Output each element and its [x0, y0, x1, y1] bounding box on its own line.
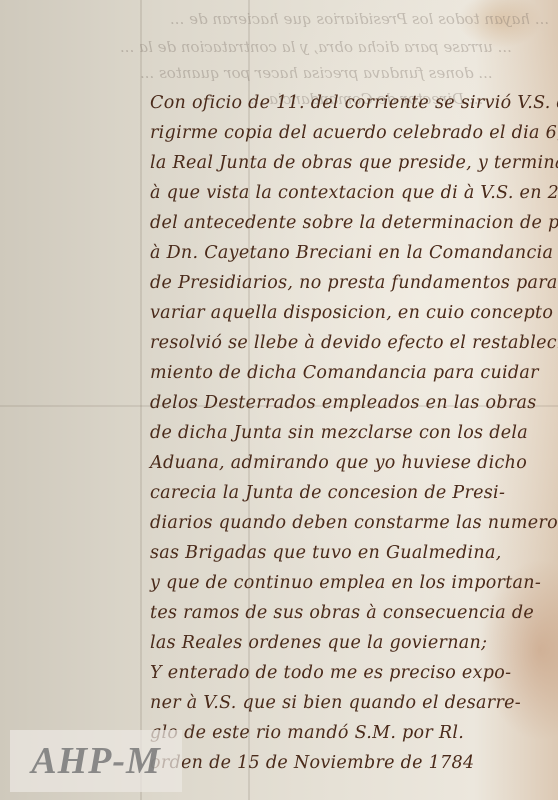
- text-line: miento de dicha Comandancia para cuidar: [150, 358, 558, 388]
- text-line: tes ramos de sus obras à consecuencia de: [150, 598, 558, 628]
- text-line: rigirme copia del acuerdo celebrado el d…: [150, 118, 558, 148]
- watermark-label: AHP-M: [31, 739, 161, 783]
- text-line: la Real Junta de obras que preside, y te…: [150, 148, 558, 178]
- fold-crease: [140, 0, 142, 800]
- archive-watermark: AHP-M: [10, 730, 182, 792]
- bleed-through-text: ... urrase para dicha obra, y la contrat…: [120, 38, 512, 56]
- text-line: las Reales ordenes que la goviernan;: [150, 628, 558, 658]
- manuscript-page: ... hayan todos los Presidiarios que hac…: [0, 0, 558, 800]
- text-line: delos Desterrados empleados en las obras: [150, 388, 558, 418]
- text-line: à que vista la contextacion que di à V.S…: [150, 178, 558, 208]
- text-line: variar aquella disposicion, en cuio conc…: [150, 298, 558, 328]
- bleed-through-text: ... hayan todos los Presidiarios que hac…: [170, 10, 549, 28]
- text-line: à Dn. Cayetano Breciani en la Comandanci…: [150, 238, 558, 268]
- text-line: ner à V.S. que si bien quando el desarre…: [150, 688, 558, 718]
- text-line: y que de continuo emplea en los importan…: [150, 568, 558, 598]
- text-line: sas Brigadas que tuvo en Gualmedina,: [150, 538, 558, 568]
- text-line: de dicha Junta sin mezclarse con los del…: [150, 418, 558, 448]
- text-line: Con oficio de 11. del corriente se sirvi…: [150, 88, 558, 118]
- text-line: diarios quando deben constarme las numer…: [150, 508, 558, 538]
- text-line: de Presidiarios, no presta fundamentos p…: [150, 268, 558, 298]
- text-line: Y enterado de todo me es preciso expo-: [150, 658, 558, 688]
- manuscript-text: Con oficio de 11. del corriente se sirvi…: [150, 88, 558, 778]
- bleed-through-text: ... dones fundava precisa hacer por quan…: [140, 64, 493, 82]
- text-line: glo de este rio mandó S.M. por Rl.: [150, 718, 558, 748]
- text-line: orden de 15 de Noviembre de 1784: [150, 748, 558, 778]
- text-line: del antecedente sobre la determinacion d…: [150, 208, 558, 238]
- text-line: carecia la Junta de concesion de Presi-: [150, 478, 558, 508]
- text-line: Aduana, admirando que yo huviese dicho: [150, 448, 558, 478]
- text-line: resolvió se llebe à devido efecto el res…: [150, 328, 558, 358]
